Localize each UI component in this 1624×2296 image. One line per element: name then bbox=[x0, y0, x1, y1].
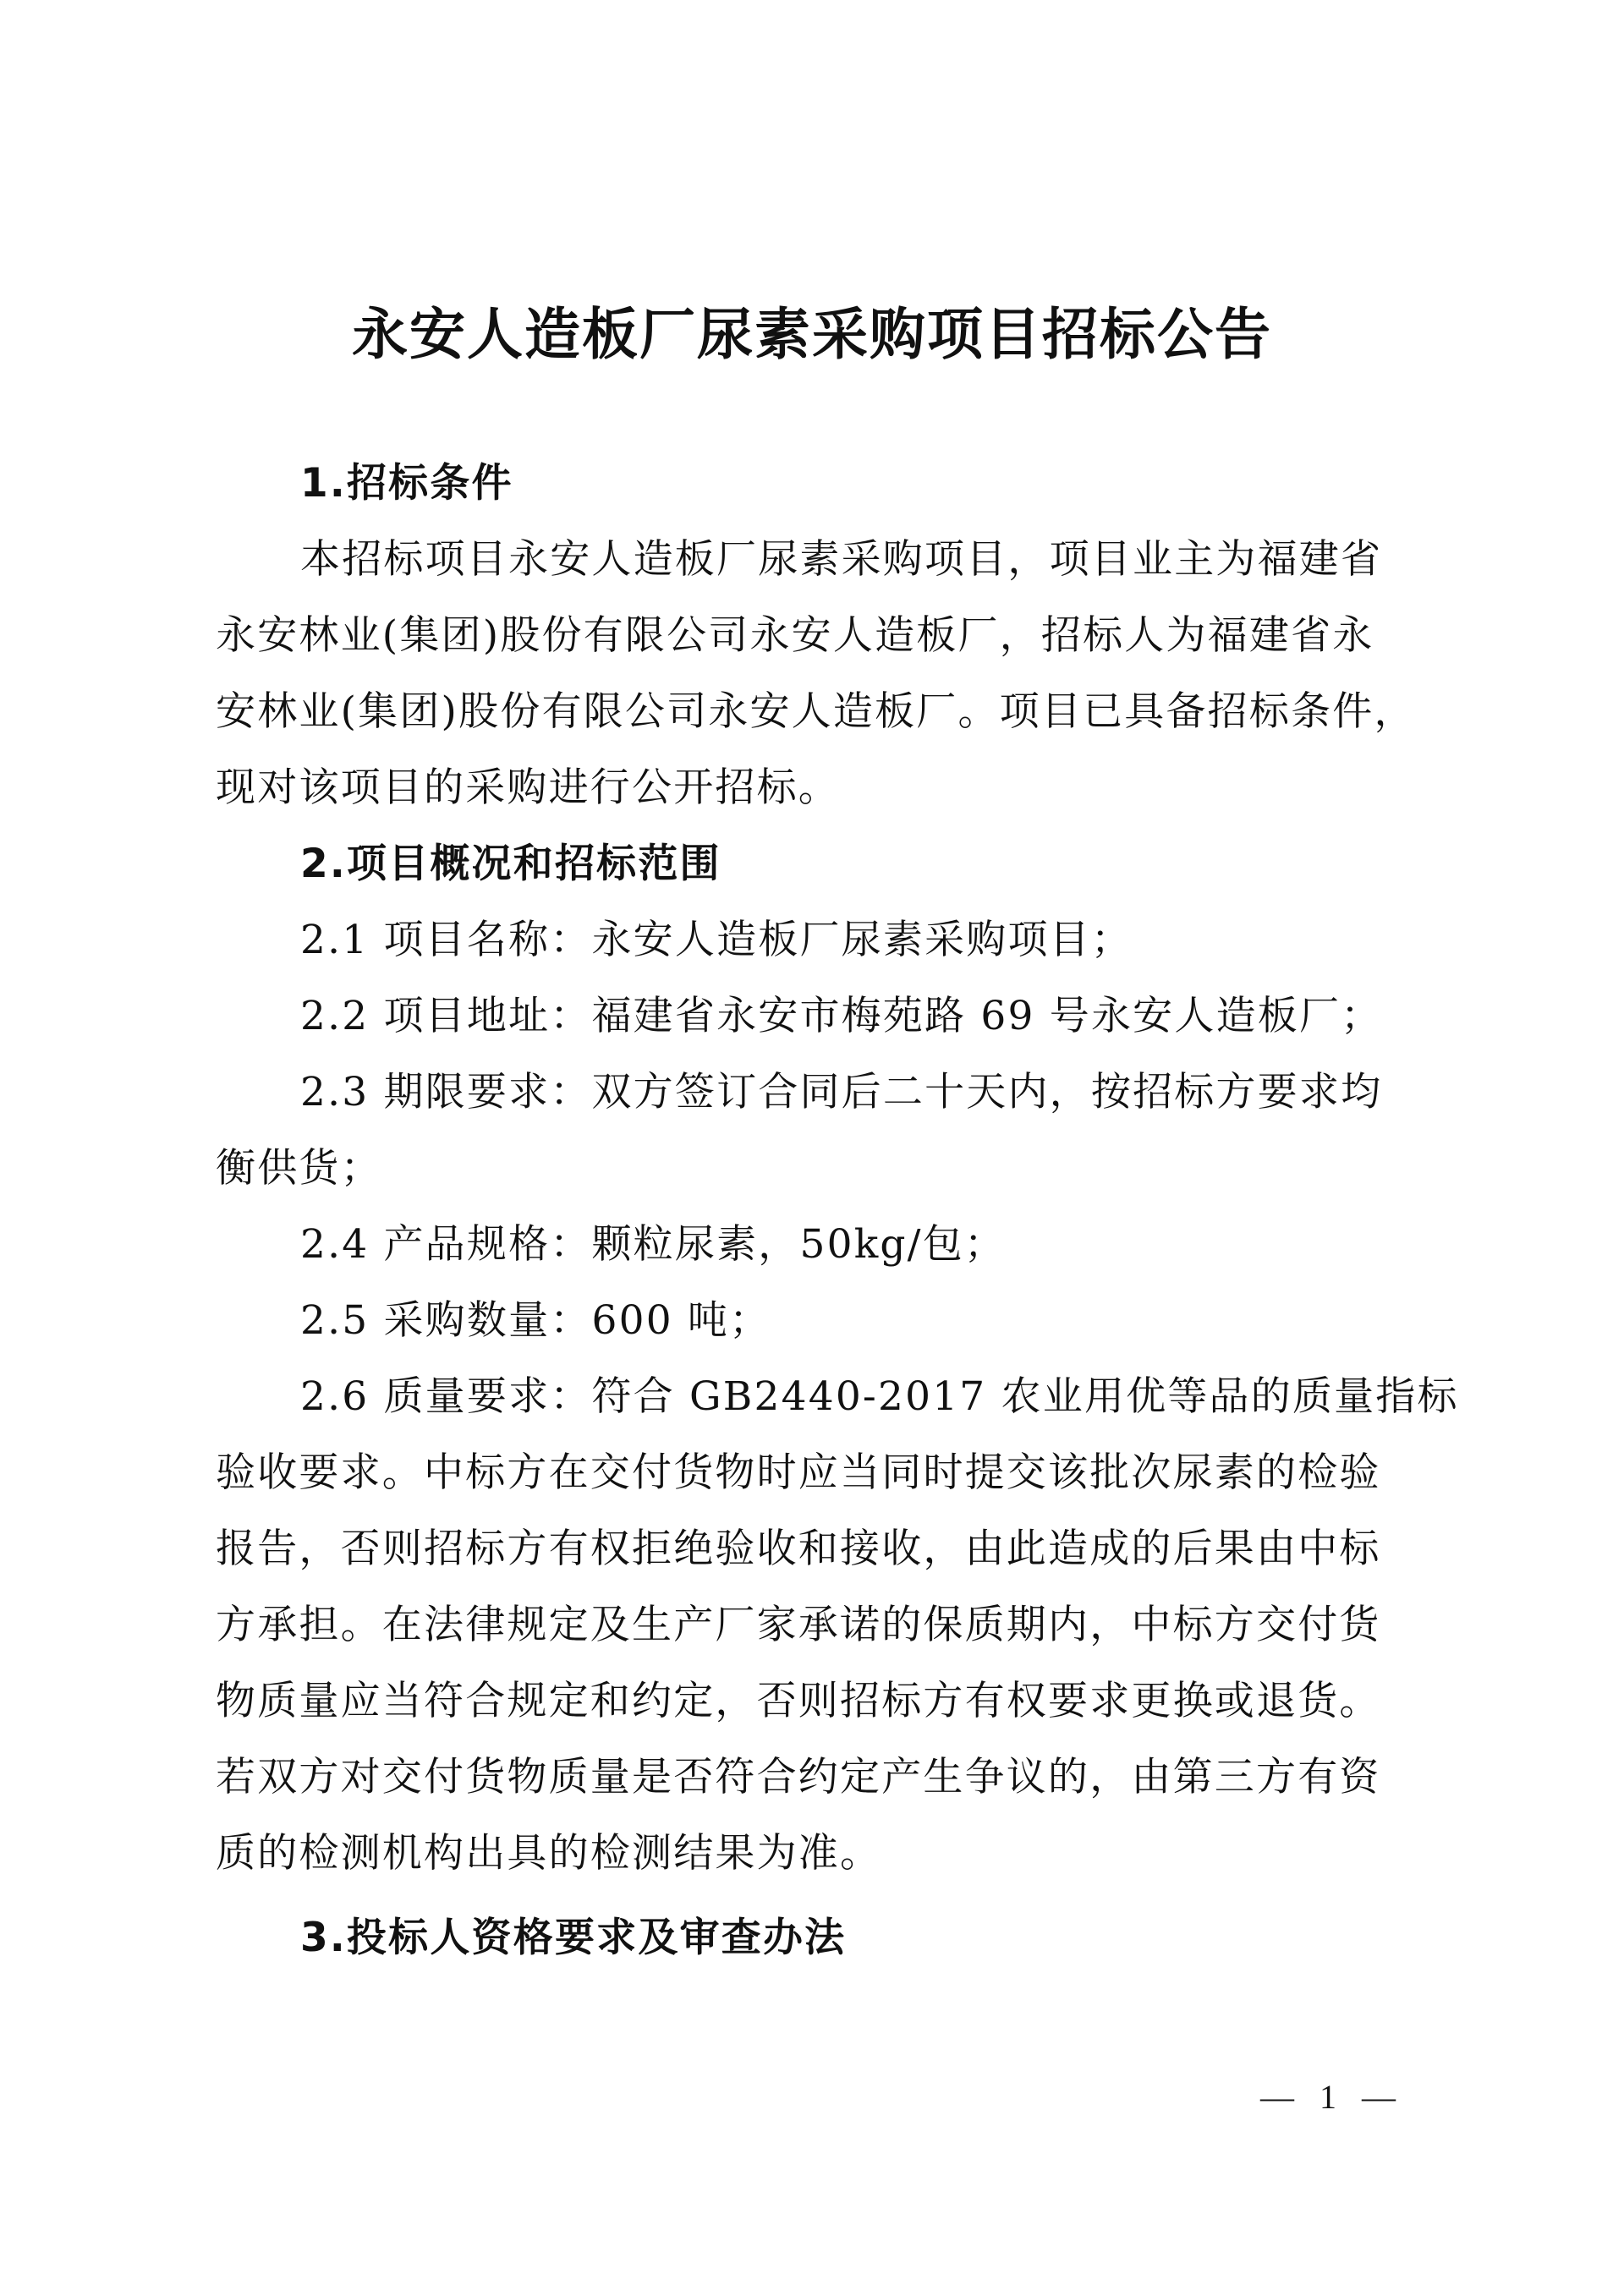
section-heading-1: 1.招标条件 bbox=[300, 458, 1501, 509]
paragraph-line: 永安林业(集团)股份有限公司永安人造板厂，招标人为福建省永 bbox=[216, 611, 1417, 661]
item-2-2: 2.2 项目地址：福建省永安市梅苑路 69 号永安人造板厂； bbox=[300, 991, 1501, 1042]
item-2-6-cont: 方承担。在法律规定及生产厂家承诺的保质期内，中标方交付货 bbox=[216, 1600, 1417, 1651]
section-heading-2: 2.项目概况和招标范围 bbox=[300, 839, 1501, 890]
section-heading-3: 3.投标人资格要求及审查办法 bbox=[300, 1913, 1501, 1964]
item-2-3-cont: 衡供货； bbox=[216, 1143, 1417, 1194]
item-2-6-cont: 若双方对交付货物质量是否符合约定产生争议的，由第三方有资 bbox=[216, 1752, 1417, 1803]
item-2-1: 2.1 项目名称：永安人造板厂尿素采购项目； bbox=[300, 915, 1501, 966]
item-2-6-cont: 物质量应当符合规定和约定，否则招标方有权要求更换或退货。 bbox=[216, 1676, 1417, 1727]
document-page: 永安人造板厂尿素采购项目招标公告 1.招标条件 本招标项目永安人造板厂尿素采购项… bbox=[0, 0, 1624, 2296]
paragraph-line: 现对该项目的采购进行公开招标。 bbox=[216, 763, 1417, 814]
item-2-5: 2.5 采购数量：600 吨； bbox=[300, 1296, 1501, 1346]
document-title: 永安人造板厂尿素采购项目招标公告 bbox=[0, 289, 1624, 370]
item-2-6: 2.6 质量要求：符合 GB2440-2017 农业用优等品的质量指标 bbox=[300, 1372, 1501, 1422]
item-2-6-cont: 质的检测机构出具的检测结果为准。 bbox=[216, 1828, 1417, 1879]
item-2-4: 2.4 产品规格：颗粒尿素，50kg/包； bbox=[300, 1219, 1501, 1270]
item-2-3: 2.3 期限要求：双方签订合同后二十天内，按招标方要求均 bbox=[300, 1067, 1501, 1118]
item-2-6-cont: 报告，否则招标方有权拒绝验收和接收，由此造成的后果由中标 bbox=[216, 1524, 1417, 1575]
page-number: — 1 — bbox=[1260, 2077, 1404, 2117]
item-2-6-cont: 验收要求。中标方在交付货物时应当同时提交该批次尿素的检验 bbox=[216, 1448, 1417, 1499]
paragraph-line: 本招标项目永安人造板厂尿素采购项目，项目业主为福建省 bbox=[300, 534, 1501, 585]
paragraph-line: 安林业(集团)股份有限公司永安人造板厂。项目已具备招标条件， bbox=[216, 687, 1417, 737]
